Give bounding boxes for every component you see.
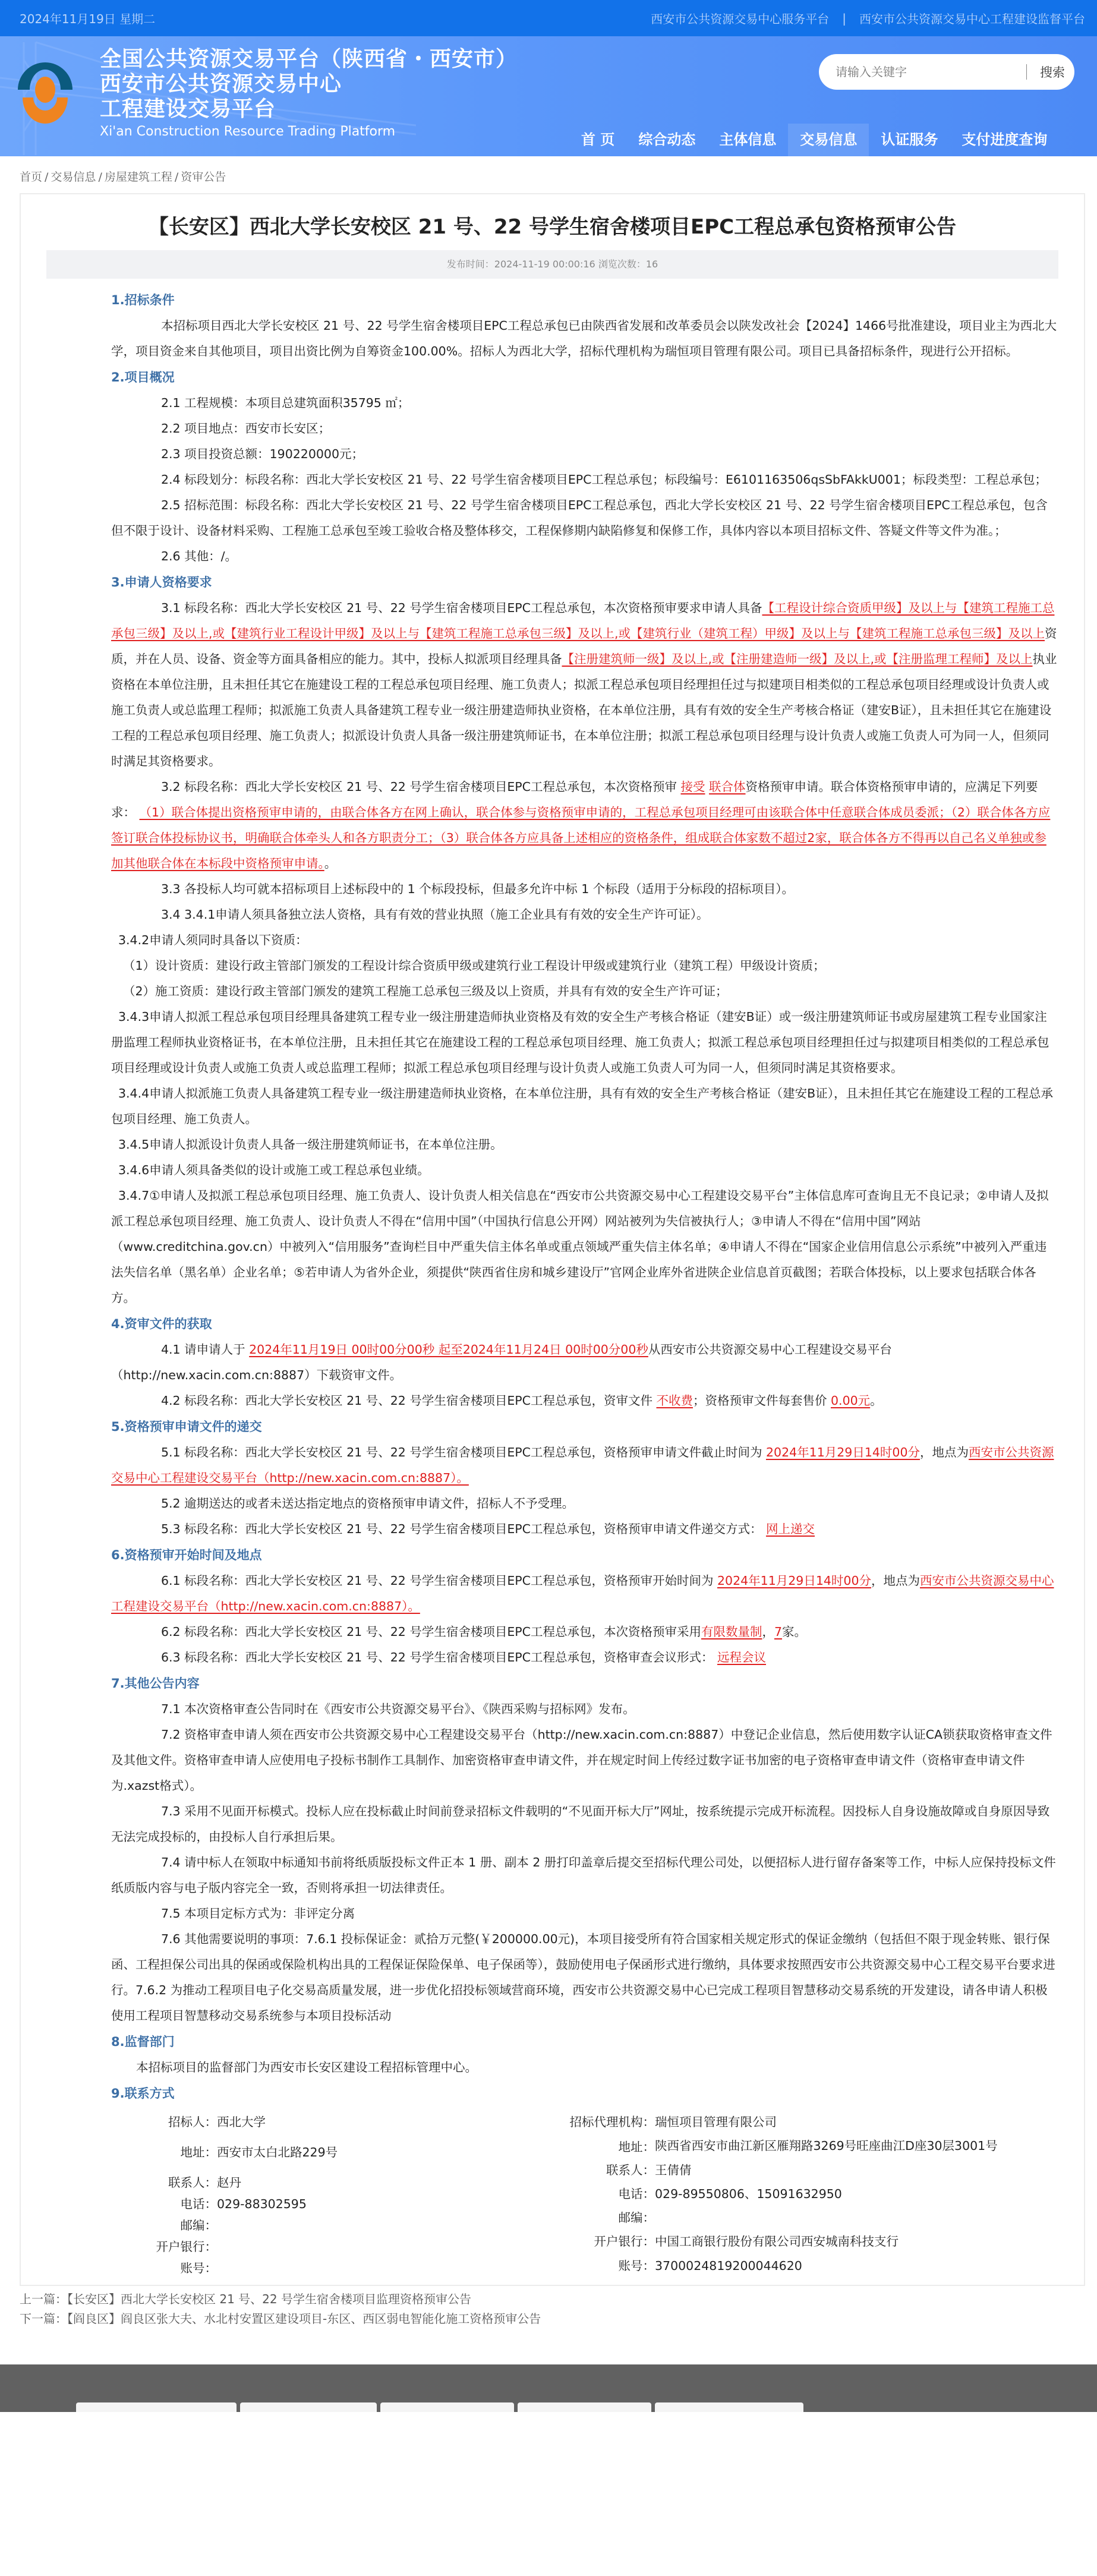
agency-name: 瑞恒项目管理有限公司 [655, 2111, 1057, 2135]
paragraph: 2.6 其他：/。 [111, 544, 1057, 569]
search-divider [1026, 64, 1027, 80]
section-heading-2: 2.项目概况 [21, 364, 1057, 390]
article-card: 【长安区】西北大学长安校区 21 号、22 号学生宿舍楼项目EPC工程总承包资格… [20, 193, 1085, 2286]
tenderer-phone: 029-88302595 [217, 2193, 539, 2215]
paragraph: 7.1 本次资格审查公告同时在《西安市公共资源交易平台》、《陕西采购与招标网》发… [111, 1697, 1057, 1722]
paragraph-4-1: 4.1 请申请人于 2024年11月19日 00时00分00秒 起至2024年1… [111, 1337, 1057, 1388]
section-heading-6: 6.资格预审开始时间及地点 [21, 1542, 1057, 1568]
brand-english: Xi'an Construction Resource Trading Plat… [100, 123, 518, 141]
footer-tab[interactable] [76, 2402, 237, 2412]
supervision-platform-link[interactable]: 西安市公共资源交易中心工程建设监督平台 [859, 10, 1085, 27]
footer-tab[interactable] [518, 2402, 651, 2412]
paragraph: 本招标项目的监督部门为西安市长安区建设工程招标管理中心。 [111, 2055, 1057, 2080]
paragraph: 7.5 本项目定标方式为：非评定分离 [111, 1901, 1057, 1927]
paragraph: 3.3 各投标人均可就本招标项目上述标段中的 1 个标段投标，但最多允许中标 1… [111, 876, 1057, 902]
highlight-download-period: 2024年11月19日 00时00分00秒 起至2024年11月24日 00时0… [249, 1342, 648, 1357]
nav-item-entity-info[interactable]: 主体信息 [707, 124, 788, 156]
paragraph: 2.3 项目投资总额：190220000元； [111, 442, 1057, 467]
nav-item-certification[interactable]: 认证服务 [869, 124, 950, 156]
breadcrumb-trade-info[interactable]: 交易信息 [51, 171, 96, 184]
brand-line-2: 西安市公共资源交易中心 [100, 72, 518, 97]
tenderer-address: 西安市太白北路229号 [217, 2133, 539, 2172]
contact-table: 招标人：西北大学 地址：西安市太白北路229号 联系人：赵丹 电话：029-88… [21, 2107, 1057, 2279]
search-box: 搜索 [819, 54, 1074, 90]
paragraph: 7.6 其他需要说明的事项：7.6.1 投标保证金：贰拾万元整(￥200000.… [111, 1927, 1057, 2029]
footer-tab[interactable] [240, 2402, 377, 2412]
agency-account: 3700024819200044620 [655, 2255, 1057, 2279]
paragraph: （1）设计资质：建设行政主管部门颁发的工程设计综合资质甲级或建筑行业工程设计甲级… [111, 953, 1057, 979]
section-heading-1: 1.招标条件 [21, 287, 1057, 313]
paragraph: 3.4.4申请人拟派施工负责人具备建筑工程专业一级注册建造师执业资格，在本单位注… [111, 1081, 1057, 1132]
paragraph: 5.2 逾期送达的或者未送达指定地点的资格预审申请文件，招标人不予受理。 [111, 1491, 1057, 1516]
paragraph: 3.4.5申请人拟派设计负责人具备一级注册建筑师证书，在本单位注册。 [111, 1132, 1057, 1158]
section-heading-8: 8.监督部门 [21, 2029, 1057, 2055]
publish-meta: 发布时间：2024-11-19 00:00:16 浏览次数：16 [46, 250, 1058, 279]
footer-tabs [76, 2402, 803, 2412]
paragraph-6-2: 6.2 标段名称：西北大学长安校区 21 号、22 号学生宿舍楼项目EPC工程总… [111, 1619, 1057, 1645]
tenderer-account [217, 2257, 539, 2279]
paragraph: 3.4.7①申请人及拟派工程总承包项目经理、施工负责人、设计负责人相关信息在“西… [111, 1183, 1057, 1311]
next-article-link[interactable]: 【阎良区】阎良区张大夫、水北村安置区建设项目-东区、西区弱电智能化施工资格预审公… [67, 2312, 541, 2326]
paragraph: 7.2 资格审查申请人须在西安市公共资源交易中心工程建设交易平台（http://… [111, 1722, 1057, 1799]
prev-article-link[interactable]: 【长安区】西北大学长安校区 21 号、22 号学生宿舍楼项目监理资格预审公告 [67, 2292, 471, 2306]
paragraph: （2）施工资质：建设行政主管部门颁发的建筑工程施工总承包三级及以上资质，并具有有… [111, 979, 1057, 1004]
main-nav: 首 页 综合动态 主体信息 交易信息 认证服务 支付进度查询 [569, 124, 1059, 156]
breadcrumb: 首页/交易信息/房屋建筑工程/资审公告 [0, 156, 1097, 193]
paragraph: 3.4.6申请人须具备类似的设计或施工或工程总承包业绩。 [111, 1158, 1057, 1183]
footer [0, 2364, 1097, 2412]
tenderer-name: 西北大学 [217, 2111, 539, 2133]
breadcrumb-building-works[interactable]: 房屋建筑工程 [105, 171, 172, 184]
agency-contact: 招标代理机构：瑞恒项目管理有限公司 地址：陕西省西安市曲江新区雁翔路3269号旺… [563, 2111, 1057, 2279]
service-platform-link[interactable]: 西安市公共资源交易中心服务平台 [651, 10, 829, 27]
prev-next-nav: 上一篇：【长安区】西北大学长安校区 21 号、22 号学生宿舍楼项目监理资格预审… [0, 2286, 1097, 2329]
current-date: 2024年11月19日 星期二 [20, 10, 155, 27]
paragraph: 2.1 工程规模：本项目总建筑面积35795 ㎡； [111, 390, 1057, 416]
section-heading-5: 5.资格预审申请文件的递交 [21, 1414, 1057, 1440]
next-article: 下一篇：【阎良区】阎良区张大夫、水北村安置区建设项目-东区、西区弱电智能化施工资… [20, 2309, 1097, 2329]
paragraph: 本招标项目西北大学长安校区 21 号、22 号学生宿舍楼项目EPC工程总承包已由… [111, 313, 1057, 364]
brand-block: 全国公共资源交易平台（陕西省・西安市） 西安市公共资源交易中心 工程建设交易平台… [100, 47, 518, 141]
prev-article: 上一篇：【长安区】西北大学长安校区 21 号、22 号学生宿舍楼项目监理资格预审… [20, 2290, 1097, 2309]
footer-tab[interactable] [380, 2402, 514, 2412]
top-links: 西安市公共资源交易中心服务平台 | 西安市公共资源交易中心工程建设监督平台 [651, 10, 1085, 27]
platform-logo-icon [17, 53, 74, 124]
article-content: 1.招标条件 本招标项目西北大学长安校区 21 号、22 号学生宿舍楼项目EPC… [21, 279, 1084, 2279]
search-input[interactable] [836, 65, 1013, 79]
agency-bank: 中国工商银行股份有限公司西安城南科技支行 [655, 2231, 1057, 2255]
top-bar: 2024年11月19日 星期二 西安市公共资源交易中心服务平台 | 西安市公共资… [0, 0, 1097, 36]
section-heading-9: 9.联系方式 [21, 2080, 1057, 2107]
page-title: 【长安区】西北大学长安校区 21 号、22 号学生宿舍楼项目EPC工程总承包资格… [21, 194, 1084, 242]
paragraph-4-2: 4.2 标段名称：西北大学长安校区 21 号、22 号学生宿舍楼项目EPC工程总… [111, 1388, 1057, 1414]
agency-contact-person: 王倩倩 [655, 2159, 1057, 2183]
agency-address: 陕西省西安市曲江新区雁翔路3269号旺座曲江D座30层3001号 [655, 2135, 1057, 2159]
tenderer-bank [217, 2236, 539, 2257]
breadcrumb-home[interactable]: 首页 [20, 171, 42, 184]
paragraph: 2.4 标段划分：标段名称：西北大学长安校区 21 号、22 号学生宿舍楼项目E… [111, 467, 1057, 493]
nav-item-trade-info[interactable]: 交易信息 [788, 124, 869, 156]
brand-line-1: 全国公共资源交易平台（陕西省・西安市） [100, 47, 518, 72]
section-heading-7: 7.其他公告内容 [21, 1670, 1057, 1697]
paragraph-3-1: 3.1 标段名称：西北大学长安校区 21 号、22 号学生宿舍楼项目EPC工程总… [111, 595, 1057, 774]
brand-line-3: 工程建设交易平台 [100, 97, 518, 122]
paragraph: 3.4 3.4.1申请人须具备独立法人资格，具有有效的营业执照（施工企业具有有效… [111, 902, 1057, 928]
paragraph: 7.3 采用不见面开标模式。投标人应在投标截止时间前登录招标文件载明的“不见面开… [111, 1799, 1057, 1850]
paragraph-5-3: 5.3 标段名称：西北大学长安校区 21 号、22 号学生宿舍楼项目EPC工程总… [111, 1516, 1057, 1542]
highlight-consortium-rules: （1）联合体提出资格预审申请的，由联合体各方在网上确认，联合体参与资格预审申请的… [111, 805, 1050, 871]
search-button[interactable]: 搜索 [1040, 63, 1065, 81]
tenderer-contact-person: 赵丹 [217, 2172, 539, 2193]
footer-tab[interactable] [655, 2402, 803, 2412]
breadcrumb-prequal-notice[interactable]: 资审公告 [181, 171, 226, 184]
link-separator: | [842, 11, 846, 26]
paragraph: 2.5 招标范围：标段名称：西北大学长安校区 21 号、22 号学生宿舍楼项目E… [111, 493, 1057, 544]
paragraph: 2.2 项目地点：西安市长安区； [111, 416, 1057, 442]
nav-item-payment-query[interactable]: 支付进度查询 [950, 124, 1059, 156]
paragraph: 3.4.2申请人须同时具备以下资质： [111, 928, 1057, 953]
paragraph-5-1: 5.1 标段名称：西北大学长安校区 21 号、22 号学生宿舍楼项目EPC工程总… [111, 1440, 1057, 1491]
section-heading-4: 4.资审文件的获取 [21, 1311, 1057, 1337]
paragraph-3-2: 3.2 标段名称：西北大学长安校区 21 号、22 号学生宿舍楼项目EPC工程总… [111, 774, 1057, 876]
tenderer-postcode [217, 2215, 539, 2236]
highlight-pm-qualification: 【注册建筑师一级】及以上,或【注册建造师一级】及以上,或【注册监理工程师】及以上 [562, 652, 1033, 666]
tenderer-contact: 招标人：西北大学 地址：西安市太白北路229号 联系人：赵丹 电话：029-88… [21, 2111, 539, 2279]
agency-phone: 029-89550806、15091632950 [655, 2183, 1057, 2207]
section-heading-3: 3.申请人资格要求 [21, 569, 1057, 595]
paragraph: 3.4.3申请人拟派工程总承包项目经理具备建筑工程专业一级注册建造师执业资格及有… [111, 1004, 1057, 1081]
paragraph: 7.4 请中标人在领取中标通知书前将纸质版投标文件正本 1 册、副本 2 册打印… [111, 1850, 1057, 1901]
agency-postcode [655, 2207, 1057, 2231]
nav-item-home[interactable]: 首 页 [569, 124, 626, 156]
paragraph-6-3: 6.3 标段名称：西北大学长安校区 21 号、22 号学生宿舍楼项目EPC工程总… [111, 1645, 1057, 1670]
paragraph-6-1: 6.1 标段名称：西北大学长安校区 21 号、22 号学生宿舍楼项目EPC工程总… [111, 1568, 1057, 1619]
nav-item-news[interactable]: 综合动态 [626, 124, 707, 156]
header-banner: 全国公共资源交易平台（陕西省・西安市） 西安市公共资源交易中心 工程建设交易平台… [0, 36, 1097, 156]
